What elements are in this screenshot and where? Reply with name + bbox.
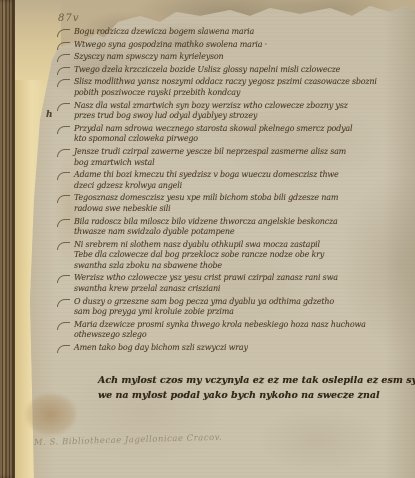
stanza: Wtwego syna gospodzina mathko swolena ma… [74, 40, 412, 51]
text-line: radowa swe nebeskie sili [74, 204, 412, 215]
stanza: Adame thi bozi kmeczu thi syedzisz v bog… [74, 170, 412, 191]
paragraph-mark-icon [57, 67, 70, 75]
paragraph-mark-icon [57, 322, 70, 330]
text-line: dzeci gdzesz krolwya angeli [74, 181, 412, 192]
text-line: O duszy o grzeszne sam bog pecza yma dya… [74, 297, 412, 308]
stanza: Nasz dla wstal zmartwich syn bozy werzis… [74, 101, 412, 122]
text-line: Tegosznasz domesczisz yesu xpe mili bich… [74, 193, 412, 204]
text-line-content: Nasz dla wstal zmartwich syn bozy werzis… [74, 101, 348, 110]
book-binding-edge [0, 0, 15, 478]
text-line: sam bog preyga ymi kroluie zobie przima [74, 307, 412, 318]
manuscript-scan: 87v Bogu rodzicza dzewicza bogem slawena… [0, 0, 415, 478]
text-line-content: thwasze nam swidzalo dyable potampene [74, 227, 234, 236]
text-line-content: dzeci gdzesz krolwya angeli [74, 181, 182, 190]
text-line-content: Twego dzela krzcziczela bozide Uslisz gl… [74, 65, 340, 74]
stanza: Bila radoscz bila miloscz bilo vidzene t… [74, 217, 412, 238]
paragraph-mark-icon [57, 149, 70, 157]
czech-addendum: Ach mylost czos my vczynyla ez ez me tak… [98, 373, 412, 404]
text-line-content: sam bog preyga ymi kroluie zobie przima [74, 307, 234, 316]
text-line: Wtwego syna gospodzina mathko swolena ma… [74, 40, 412, 51]
text-line-content: Tegosznasz domesczisz yesu xpe mili bich… [74, 193, 338, 202]
stanza: Jensze trudi czirpal zawerne yescze bil … [74, 147, 412, 168]
text-line: Bogu rodzicza dzewicza bogem slawena mar… [74, 27, 412, 38]
paragraph-mark-icon [57, 54, 70, 62]
stanza: Twego dzela krzcziczela bozide Uslisz gl… [74, 65, 412, 76]
text-line: Werzisz wtho czlowecze ysz yesu crist pr… [74, 273, 412, 284]
text-line-content: Ni srebrem ni slothem nasz dyablu othkup… [74, 240, 320, 249]
text-line: Adame thi bozi kmeczu thi syedzisz v bog… [74, 170, 412, 181]
stanza: Szysczy nam spwsczy nam kyrieleyson [74, 52, 412, 63]
text-line: Jensze trudi czirpal zawerne yescze bil … [74, 147, 412, 158]
text-line-content: othewszego szlego [74, 330, 146, 339]
addendum-line: we na mylost podal yako bych nykoho na s… [98, 388, 412, 404]
paragraph-mark-icon [57, 242, 70, 250]
text-line: swantha szla zboku na sbawene thobe [74, 261, 412, 272]
text-line: Twego dzela krzcziczela bozide Uslisz gl… [74, 65, 412, 76]
paragraph-mark-icon [57, 126, 70, 134]
text-line: kto spomonal czloweka pirwego [74, 134, 412, 145]
text-line-content: Wtwego syna gospodzina mathko swolena ma… [74, 40, 267, 49]
text-line-content: bog zmartwich wstal [74, 158, 155, 167]
text-line: Ni srebrem ni slothem nasz dyablu othkup… [74, 240, 412, 251]
margin-note: h [46, 110, 52, 121]
text-line-content: Szysczy nam spwsczy nam kyrieleyson [74, 52, 224, 61]
text-line: Amen tako bog day bichom szli szwyczi wr… [74, 343, 412, 354]
addendum-line: Ach mylost czos my vczynyla ez ez me tak… [98, 373, 412, 389]
stanza: Slisz modlithwa yansz noszymi oddacz rac… [74, 77, 412, 98]
paragraph-mark-icon [57, 345, 70, 353]
manuscript-text: Bogu rodzicza dzewicza bogem slawena mar… [74, 27, 412, 404]
stanza: Maria dzewicze prosmi synka thwego krola… [74, 320, 412, 341]
stanza: O duszy o grzeszne sam bog pecza yma dya… [74, 297, 412, 318]
text-line-content: Maria dzewicze prosmi synka thwego krola… [74, 320, 366, 329]
stanza: Tegosznasz domesczisz yesu xpe mili bich… [74, 193, 412, 214]
paragraph-mark-icon [57, 275, 70, 283]
text-line-content: Bila radoscz bila miloscz bilo vidzene t… [74, 217, 338, 226]
text-line: Tebe dla czlowecze dal bog przeklocz sob… [74, 250, 412, 261]
text-line: Bila radoscz bila miloscz bilo vidzene t… [74, 217, 412, 228]
text-line-content: pobith posziwocze rayski przebith kondca… [74, 88, 240, 97]
paragraph-mark-icon [57, 79, 70, 87]
text-line-content: radowa swe nebeskie sili [74, 204, 170, 213]
paragraph-mark-icon [57, 29, 70, 37]
stanza: Amen tako bog day bichom szli szwyczi wr… [74, 343, 412, 354]
stanza: Ni srebrem ni slothem nasz dyablu othkup… [74, 240, 412, 272]
text-line-content: Jensze trudi czirpal zawerne yescze bil … [74, 147, 346, 156]
text-line: othewszego szlego [74, 330, 412, 341]
text-line: bog zmartwich wstal [74, 158, 412, 169]
text-line: thwasze nam swidzalo dyable potampene [74, 227, 412, 238]
paragraph-mark-icon [57, 299, 70, 307]
text-line-content: przes trud bog swoy lud odyal dyablyey s… [74, 111, 257, 120]
text-line-content: swantha szla zboku na sbawene thobe [74, 261, 222, 270]
paragraph-mark-icon [57, 195, 70, 203]
paragraph-mark-icon [57, 172, 70, 180]
text-line-content: Werzisz wtho czlowecze ysz yesu crist pr… [74, 273, 338, 282]
text-line: pobith posziwocze rayski przebith kondca… [74, 88, 412, 99]
text-line: swantha krew przelal zanasz crisziani [74, 284, 412, 295]
text-line-content: Slisz modlithwa yansz noszymi oddacz rac… [74, 77, 377, 86]
text-line-content: Tebe dla czlowecze dal bog przeklocz sob… [74, 250, 324, 259]
text-line: Slisz modlithwa yansz noszymi oddacz rac… [74, 77, 412, 88]
stanza: Werzisz wtho czlowecze ysz yesu crist pr… [74, 273, 412, 294]
text-line-content: Adame thi bozi kmeczu thi syedzisz v bog… [74, 170, 339, 179]
folio-number: 87v [58, 13, 79, 24]
text-line: Przydal nam sdrowa wecznego starosta sko… [74, 124, 412, 135]
text-line: Szysczy nam spwsczy nam kyrieleyson [74, 52, 412, 63]
text-line-content: swantha krew przelal zanasz crisziani [74, 284, 220, 293]
text-line: hprzes trud bog swoy lud odyal dyablyey … [74, 111, 412, 122]
stanza: Bogu rodzicza dzewicza bogem slawena mar… [74, 27, 412, 38]
text-line-content: O duszy o grzeszne sam bog pecza yma dya… [74, 297, 334, 306]
text-line: Nasz dla wstal zmartwich syn bozy werzis… [74, 101, 412, 112]
text-line: Maria dzewicze prosmi synka thwego krola… [74, 320, 412, 331]
stanza: Przydal nam sdrowa wecznego starosta sko… [74, 124, 412, 145]
text-line-content: kto spomonal czloweka pirwego [74, 134, 198, 143]
text-line-content: Przydal nam sdrowa wecznego starosta sko… [74, 124, 352, 133]
text-line-content: Bogu rodzicza dzewicza bogem slawena mar… [74, 27, 254, 36]
text-line-content: Amen tako bog day bichom szli szwyczi wr… [74, 343, 248, 352]
